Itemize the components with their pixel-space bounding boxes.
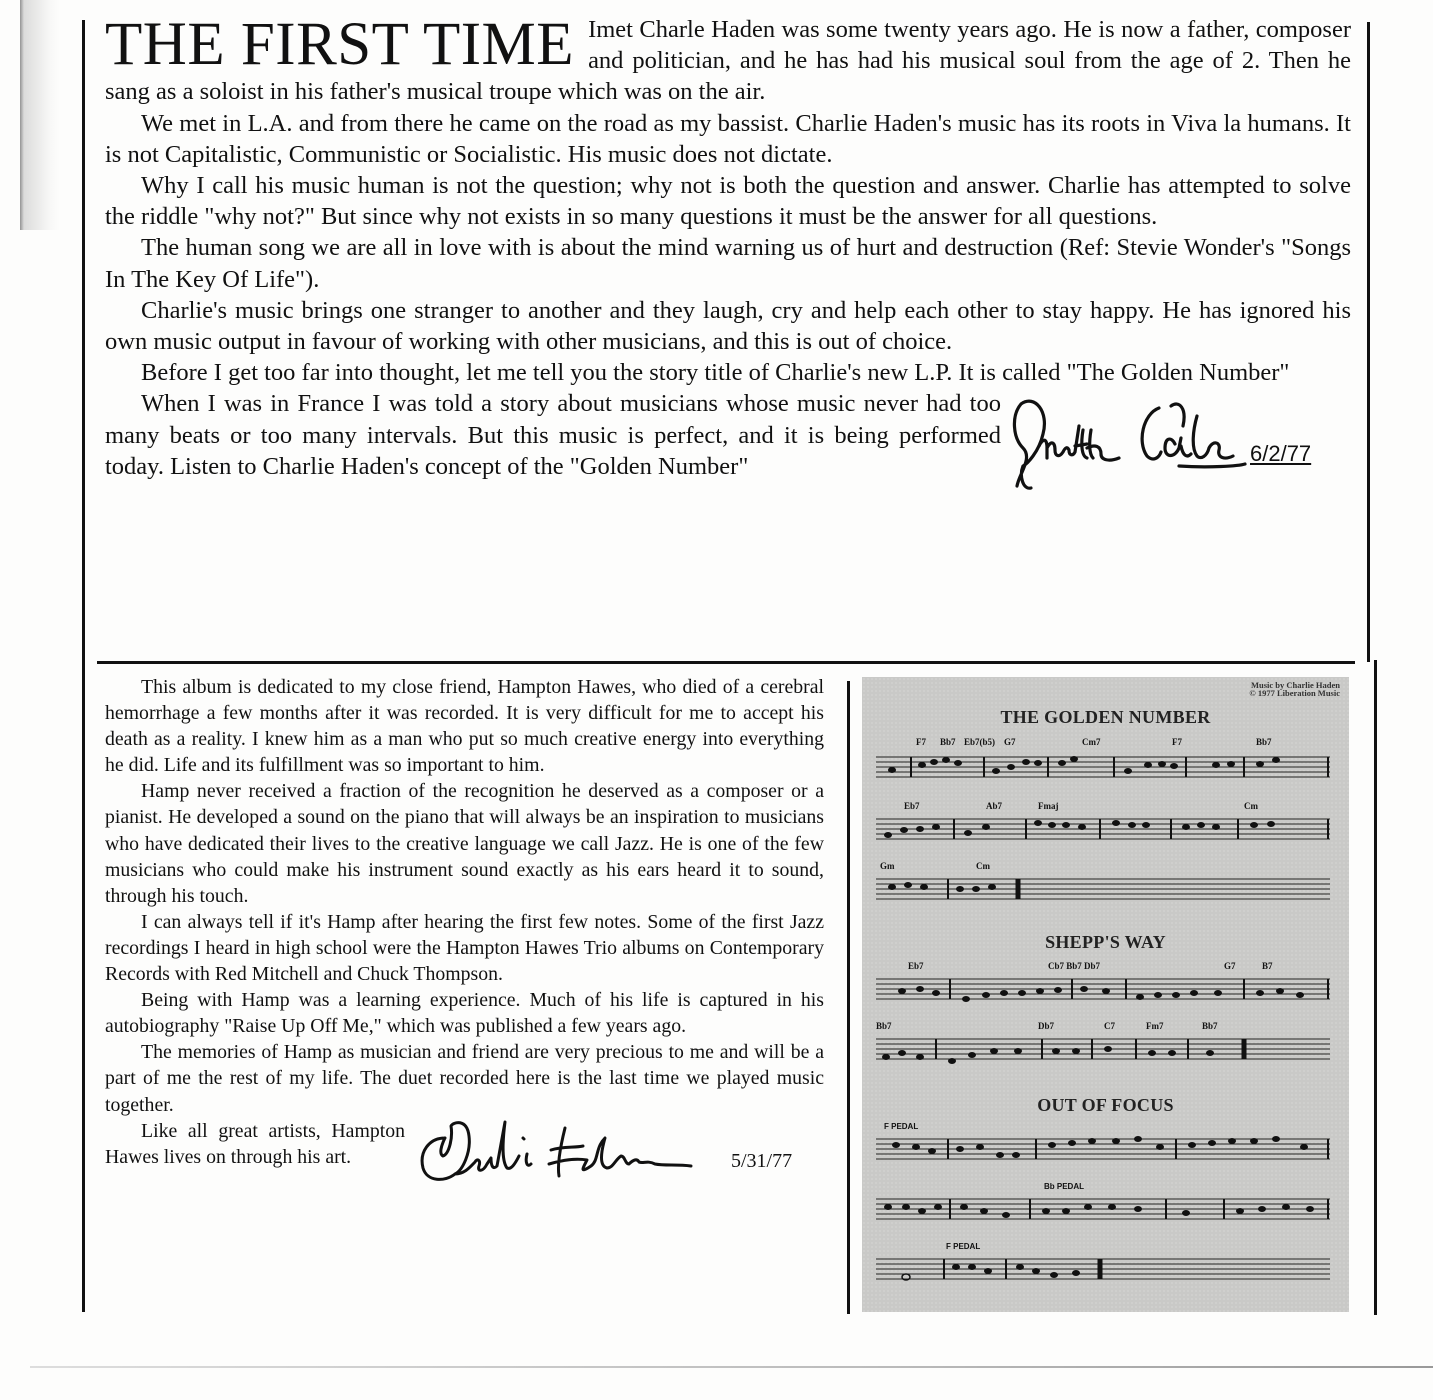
page-bottom-edge	[30, 1366, 1433, 1368]
svg-text:G7: G7	[1004, 737, 1016, 747]
music-staff-icon: Bb PEDAL	[876, 1177, 1330, 1237]
song-title: SHEPP'S WAY	[862, 932, 1349, 953]
dedication-date: 5/31/77	[731, 1148, 792, 1174]
essay-paragraph: Why I call his music human is not the qu…	[105, 170, 1351, 232]
dedication-paragraph: The memories of Hamp as musician and fri…	[105, 1039, 824, 1117]
essay-paragraph: Before I get too far into thought, let m…	[105, 357, 1351, 388]
svg-text:B7: B7	[1262, 961, 1273, 971]
song-title: OUT OF FOCUS	[862, 1095, 1349, 1116]
lead-sheet-image: Music by Charlie Haden © 1977 Liberation…	[862, 677, 1349, 1312]
dedication-text: This album is dedicated to my close frie…	[105, 674, 824, 1170]
svg-text:Bb PEDAL: Bb PEDAL	[1044, 1182, 1084, 1191]
music-staff-icon: F7Bb7Eb7(b5)G7Cm7F7Bb7	[876, 735, 1330, 805]
liner-notes-essay: THE FIRST TIME Imet Charle Haden was som…	[105, 14, 1351, 482]
essay-paragraph: Charlie's music brings one stranger to a…	[105, 295, 1351, 357]
essay-paragraph: We met in L.A. and from there he came on…	[105, 108, 1351, 170]
dedication-paragraph: Like all great artists, Hampton Hawes li…	[105, 1118, 405, 1170]
ornette-coleman-signature-icon	[1009, 386, 1249, 498]
svg-text:F7: F7	[1172, 737, 1182, 747]
svg-text:Gm: Gm	[880, 861, 895, 871]
dedication-paragraph: I can always tell if it's Hamp after hea…	[105, 909, 824, 987]
dedication-paragraph: Being with Hamp was a learning experienc…	[105, 987, 824, 1039]
left-border-rule	[82, 20, 85, 1312]
svg-text:F7: F7	[916, 737, 926, 747]
svg-text:Bb7: Bb7	[1202, 1021, 1218, 1031]
column-divider	[847, 681, 850, 1314]
right-border-rule-top	[1367, 22, 1370, 662]
dedication-paragraph: Hamp never received a fraction of the re…	[105, 778, 824, 908]
music-staff-icon: Bb7Db7C7Fm7Bb7	[876, 1017, 1330, 1077]
svg-text:G7: G7	[1224, 961, 1236, 971]
svg-text:Bb7: Bb7	[1256, 737, 1272, 747]
svg-text:Cm: Cm	[976, 861, 990, 871]
essay-title: THE FIRST TIME	[105, 16, 574, 74]
scan-shadow-edge	[20, 0, 60, 230]
svg-text:Cm7: Cm7	[1082, 737, 1101, 747]
dedication-paragraph: This album is dedicated to my close frie…	[105, 674, 824, 778]
svg-text:C7: C7	[1104, 1021, 1115, 1031]
music-staff-icon: GmCm	[876, 857, 1330, 917]
essay-date: 6/2/77	[1250, 438, 1311, 469]
essay-paragraph: When I was in France I was told a story …	[105, 388, 1001, 482]
music-staff-icon: Eb7Cb7 Bb7 Db7G7B7	[876, 957, 1330, 1017]
svg-text:Fm7: Fm7	[1146, 1021, 1164, 1031]
svg-text:Eb7(b5): Eb7(b5)	[964, 737, 995, 747]
credit-line: © 1977 Liberation Music	[1249, 689, 1340, 697]
music-staff-icon: F PEDAL	[876, 1117, 1330, 1177]
essay-paragraph: The human song we are all in love with i…	[105, 232, 1351, 294]
svg-text:Cb7 Bb7 Db7: Cb7 Bb7 Db7	[1048, 961, 1101, 971]
svg-text:Bb7: Bb7	[940, 737, 956, 747]
svg-text:Eb7: Eb7	[908, 961, 924, 971]
svg-text:Ab7: Ab7	[986, 801, 1003, 811]
svg-text:F PEDAL: F PEDAL	[946, 1242, 980, 1251]
svg-text:Bb7: Bb7	[876, 1021, 892, 1031]
dedication-closing: Like all great artists, Hampton Hawes li…	[105, 1118, 824, 1170]
music-staff-icon: F PEDAL	[876, 1237, 1330, 1297]
svg-text:F PEDAL: F PEDAL	[884, 1122, 918, 1131]
svg-text:Db7: Db7	[1038, 1021, 1055, 1031]
right-border-rule-bottom	[1374, 660, 1377, 1315]
essay-closing: When I was in France I was told a story …	[105, 388, 1351, 482]
svg-text:Eb7: Eb7	[904, 801, 920, 811]
svg-text:Fmaj: Fmaj	[1038, 801, 1059, 811]
song-title: THE GOLDEN NUMBER	[862, 707, 1349, 728]
charlie-haden-signature-icon	[415, 1108, 715, 1198]
section-divider	[97, 661, 1355, 664]
svg-text:Cm: Cm	[1244, 801, 1258, 811]
copyright-credit: Music by Charlie Haden © 1977 Liberation…	[1249, 681, 1340, 697]
